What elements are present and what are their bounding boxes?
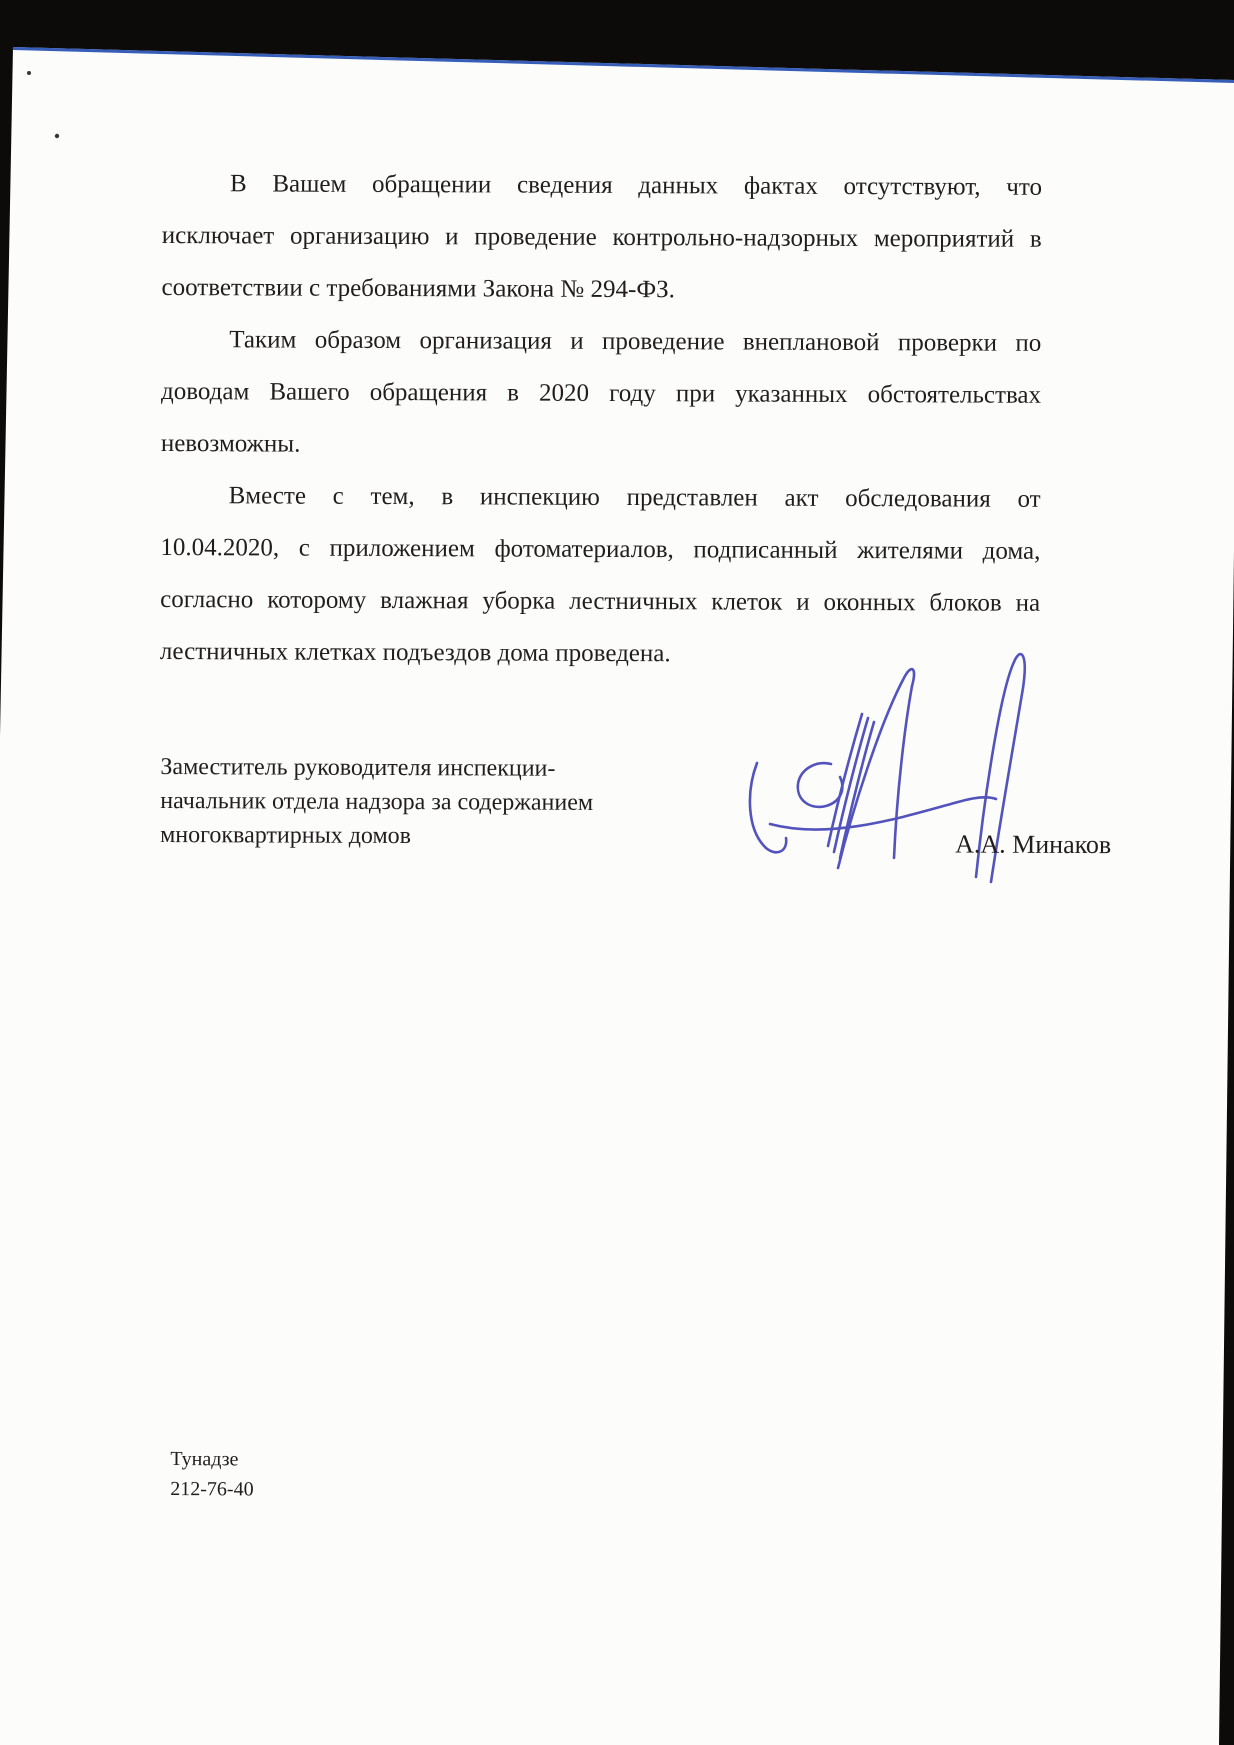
- letter-content: В Вашем обращении сведения данных фактах…: [0, 0, 1234, 1745]
- signer-name: А.А. Минаков: [955, 829, 1111, 860]
- body-line: согласно которому влажная уборка лестнич…: [160, 574, 1040, 630]
- signer-title-line: многоквартирных домов: [160, 818, 680, 854]
- body-line: 10.04.2020, с приложением фотоматериалов…: [160, 522, 1040, 578]
- body-line: Вместе с тем, в инспекцию представлен ак…: [161, 470, 1041, 526]
- body-line: лестничных клетках подъездов дома провед…: [160, 626, 1040, 682]
- signer-block: Заместитель руководителя инспекции- нача…: [160, 750, 680, 854]
- body-line: доводам Вашего обращения в 2020 году при…: [161, 366, 1041, 422]
- executor-name: Тунадзе: [170, 1444, 253, 1474]
- executor-block: Тунадзе 212-76-40: [170, 1444, 254, 1504]
- executor-phone: 212-76-40: [170, 1474, 253, 1504]
- body-line: невозможны.: [161, 418, 1041, 474]
- letter-body: В Вашем обращении сведения данных фактах…: [160, 158, 1042, 682]
- signer-title-line: начальник отдела надзора за содержанием: [160, 784, 680, 820]
- body-line: Таким образом организация и проведение в…: [161, 314, 1041, 370]
- scanned-page: В Вашем обращении сведения данных фактах…: [0, 0, 1234, 1745]
- body-line: исключает организацию и проведение контр…: [162, 210, 1042, 266]
- signer-title-line: Заместитель руководителя инспекции-: [160, 750, 680, 786]
- body-line: В Вашем обращении сведения данных фактах…: [162, 158, 1042, 214]
- body-line: соответствии с требованиями Закона № 294…: [161, 262, 1041, 318]
